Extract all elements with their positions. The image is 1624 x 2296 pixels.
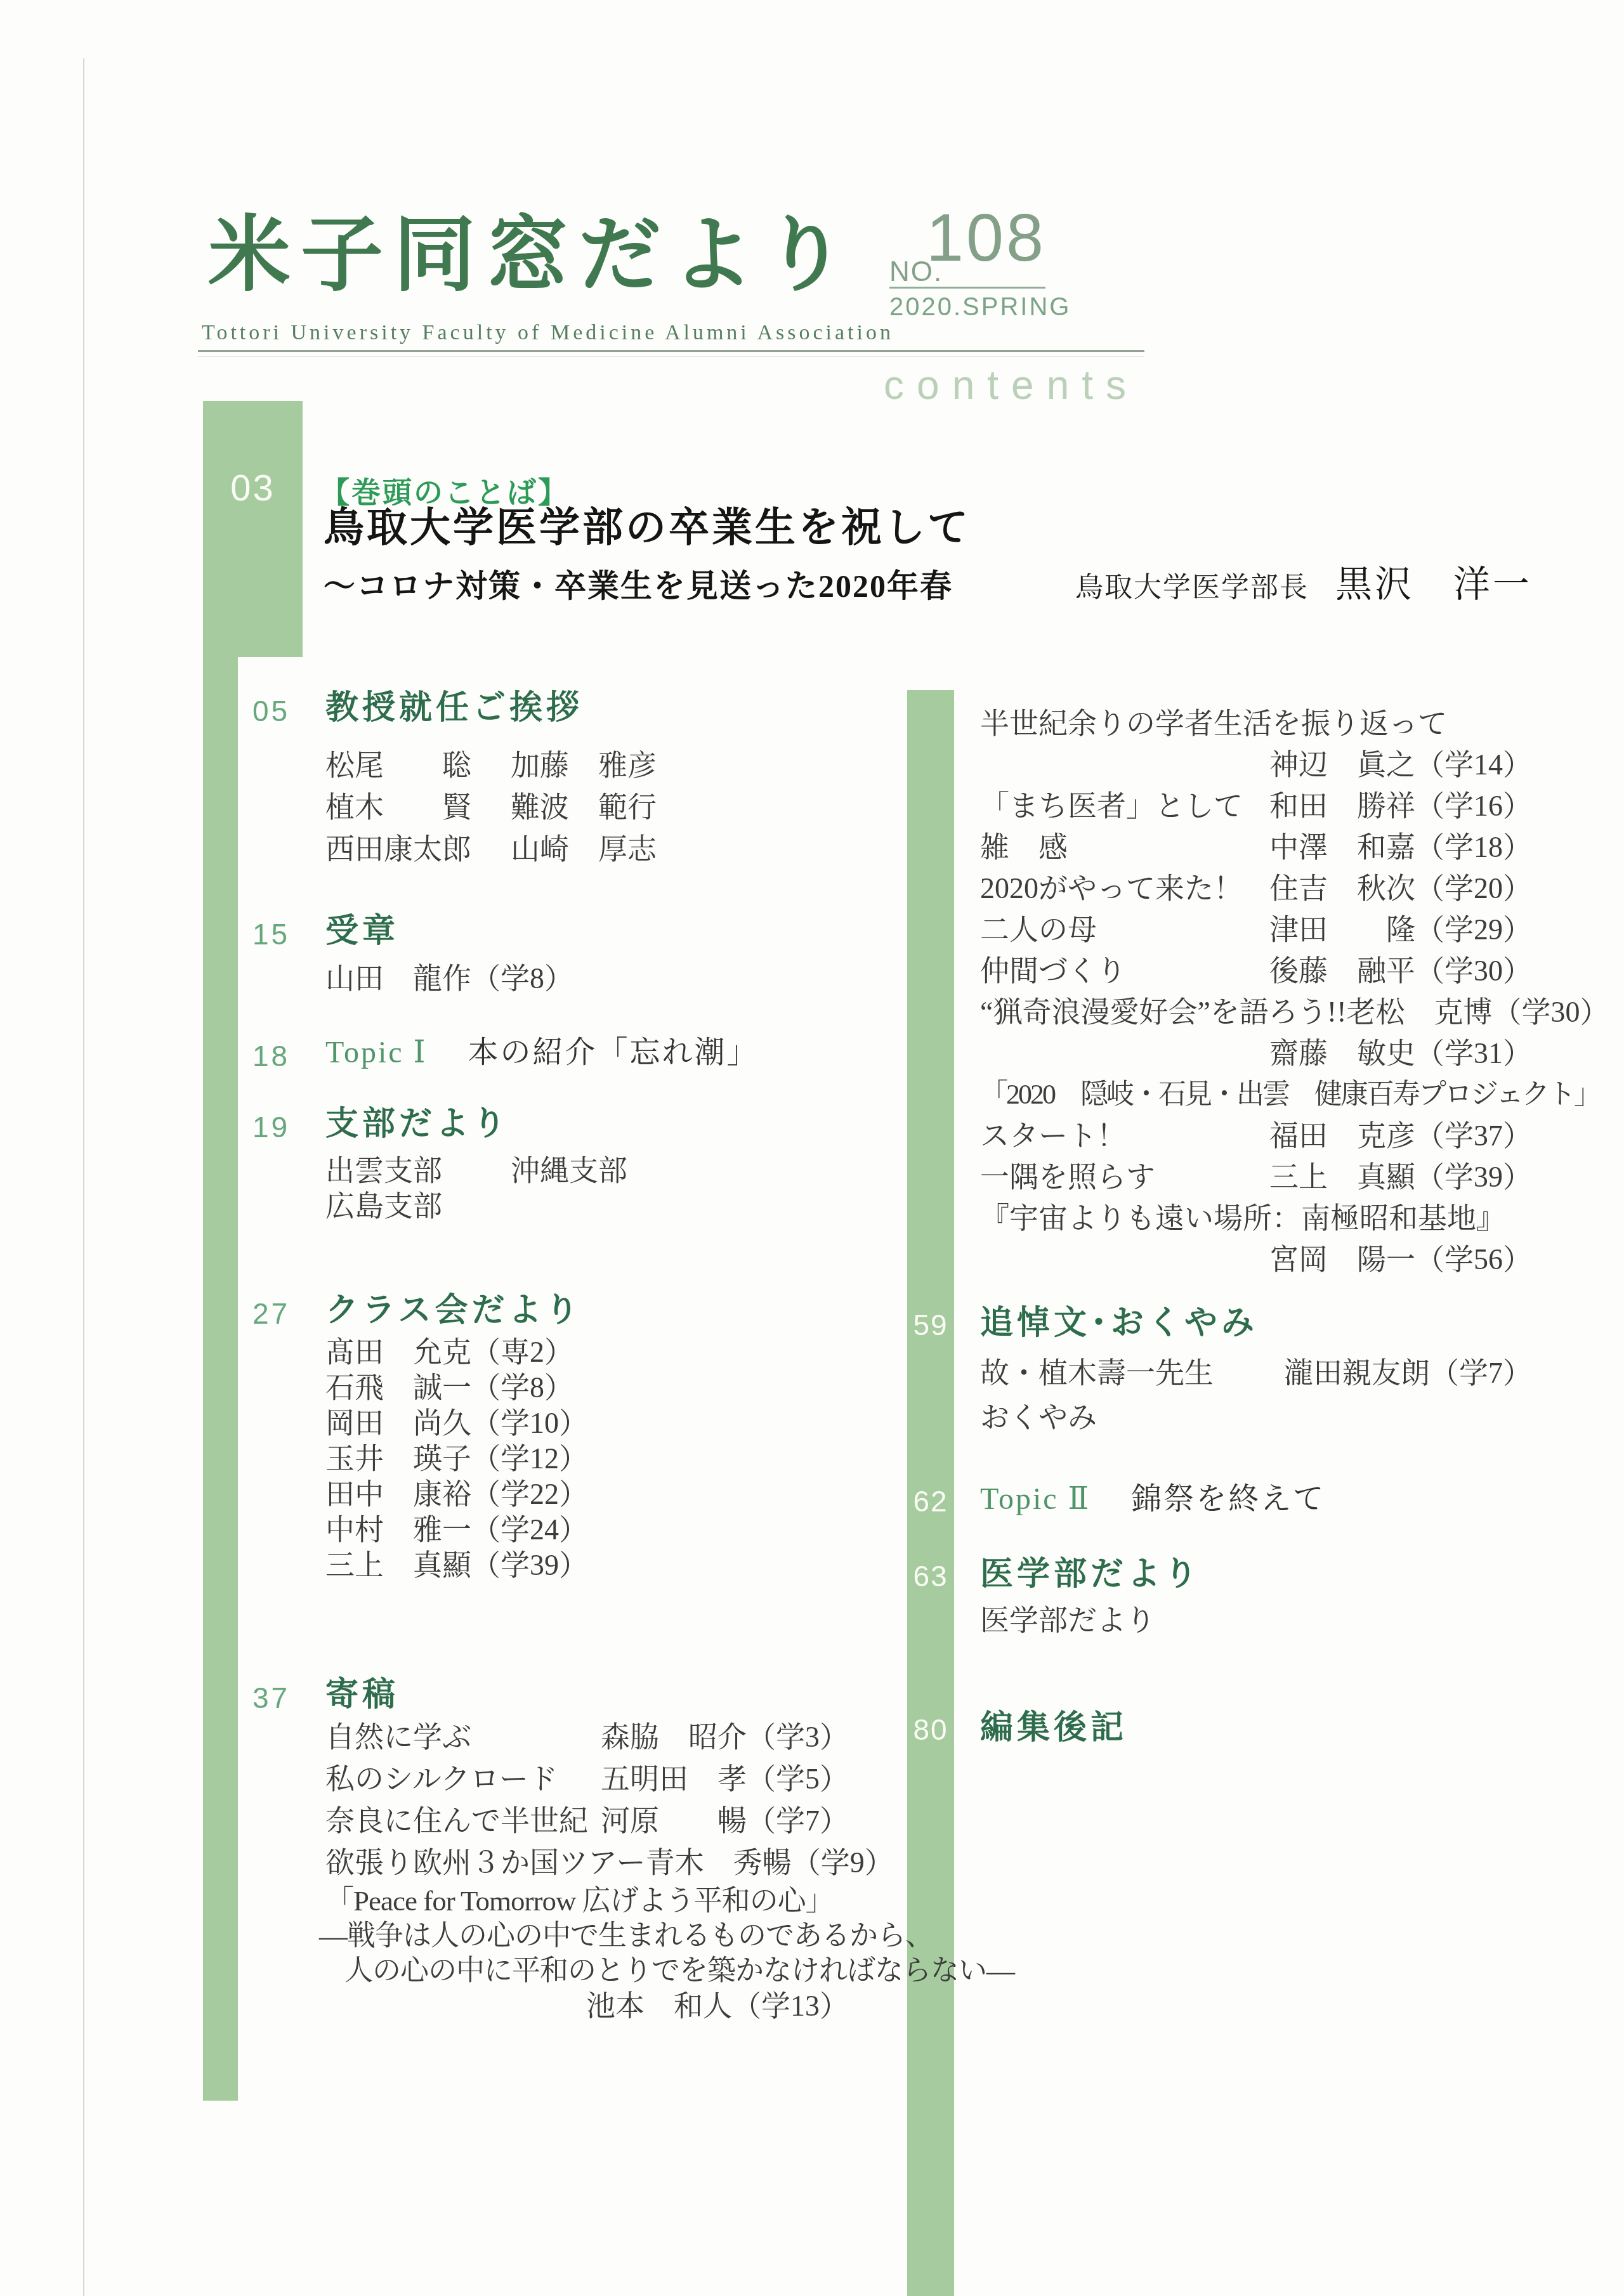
name: 岡田 尚久（学10） <box>325 1406 588 1441</box>
entry-row: 自然に学ぶ 森脇 昭介（学3） <box>325 1716 849 1758</box>
name-list: 松尾 聡 加藤 雅彦 植木 賢 難波 範行 西田康太郎 山崎 厚志 <box>325 745 849 870</box>
topic-label: Topic Ⅰ <box>325 1034 428 1072</box>
entry-author: 齋藤 敏史（学31） <box>1269 1033 1532 1074</box>
entry-author: 宮岡 陽一（学56） <box>1269 1239 1532 1280</box>
issue-no-value: 108 <box>926 204 1046 271</box>
entry-row: 神辺 眞之（学14） <box>980 744 1532 785</box>
section-title: 編集後記 <box>980 1709 1532 1747</box>
entry-title: 一隅を照らす <box>980 1156 1155 1197</box>
name-list: 髙田 允克（専2） 石飛 誠一（学8） 岡田 尚久（学10） 玉井 瑛子（学12… <box>325 1334 849 1583</box>
page-number-27: 27 <box>252 1296 290 1331</box>
entry-title: おくやみ <box>980 1395 1097 1440</box>
section-topic-2: 62 Topic Ⅱ 錦祭を終えて <box>980 1480 1532 1518</box>
name: 三上 真顯（学39） <box>325 1548 588 1583</box>
section-topic-1: 18 Topic Ⅰ 本の紹介「忘れ潮」 <box>325 1034 849 1072</box>
issue-season: 2020.SPRING <box>889 293 1071 322</box>
entry-author: 河原 暢（学7） <box>601 1800 849 1842</box>
name-row: 三上 真顯（学39） <box>325 1548 849 1583</box>
lead-article-subtitle: ～コロナ対策・卒業生を見送った2020年春 <box>324 561 953 606</box>
entry-author: 中澤 和嘉（学18） <box>1269 826 1532 868</box>
entry-title: 医学部だより <box>980 1600 1532 1641</box>
topic-label: Topic Ⅱ <box>980 1480 1090 1518</box>
entry-list: 故・植木壽一先生 瀧田親友朗（学7） おくやみ <box>980 1351 1532 1440</box>
entry-author: 福田 克彦（学37） <box>1269 1115 1532 1156</box>
header-divider <box>198 350 1144 356</box>
section-title: クラス会だより <box>325 1291 849 1329</box>
entry-row: 欲張り欧州３か国ツアー 青木 秀暢（学9） <box>325 1842 849 1884</box>
entry-row: 二人の母 津田 隆（学29） <box>980 909 1532 950</box>
entry-author: 池本 和人（学13） <box>325 1988 849 2023</box>
name: 髙田 允克（専2） <box>325 1334 573 1370</box>
entry-row: 半世紀余りの学者生活を振り返って <box>980 703 1532 744</box>
issue-no-underline <box>889 287 1045 289</box>
quote-line: 「Peace for Tomorrow 広げよう平和の心」 <box>325 1884 849 1919</box>
section-obituaries: 59 追悼文･おくやみ 故・植木壽一先生 瀧田親友朗（学7） おくやみ <box>980 1304 1532 1440</box>
name: 田中 康裕（学22） <box>325 1477 588 1512</box>
entry-title: 雑 感 <box>980 826 1068 868</box>
association-name-en: Tottori University Faculty of Medicine A… <box>202 321 894 345</box>
entry-author: 青木 秀暢（学9） <box>646 1842 894 1884</box>
name-row: 玉井 瑛子（学12） <box>325 1441 849 1477</box>
name-row: 髙田 允克（専2） <box>325 1334 849 1370</box>
entry-title: 故・植木壽一先生 <box>980 1351 1214 1395</box>
name: 中村 雅一（学24） <box>325 1512 588 1548</box>
name: 西田康太郎 <box>325 828 511 870</box>
name: 山田 龍作（学8） <box>325 958 573 1000</box>
section-contributions: 37 寄稿 自然に学ぶ 森脇 昭介（学3） 私のシルクロード 五明田 孝（学5）… <box>325 1676 849 2023</box>
page-number-37: 37 <box>252 1681 290 1715</box>
section-branch-news: 19 支部だより 出雲支部 沖縄支部 広島支部 <box>325 1105 849 1224</box>
entry-title: “猟奇浪漫愛好会”を語ろう!! <box>980 991 1346 1033</box>
entry-title: 半世紀余りの学者生活を振り返って <box>980 703 1447 744</box>
entry-row: 私のシルクロード 五明田 孝（学5） <box>325 1758 849 1800</box>
entry-title: 「まち医者」として <box>980 785 1243 826</box>
name: 難波 範行 <box>511 786 657 828</box>
magazine-title: 米子同窓だより <box>208 213 856 296</box>
entry-title: 自然に学ぶ <box>325 1716 471 1758</box>
contents-label: contents <box>875 362 1139 408</box>
section-title: 追悼文･おくやみ <box>980 1304 1532 1342</box>
name-row: 西田康太郎 山崎 厚志 <box>325 828 849 870</box>
entry-title: スタート！ <box>980 1115 1126 1156</box>
section-title: 支部だより <box>325 1105 849 1143</box>
entry-title: 欲張り欧州３か国ツアー <box>325 1842 646 1884</box>
quote-line: ―戦争は人の心の中で生まれるものであるから、 <box>325 1919 849 1954</box>
lead-subtitle-row: ～コロナ対策・卒業生を見送った2020年春 鳥取大学医学部長 黒沢 洋一 <box>324 554 1532 608</box>
entry-author: 後藤 融平（学30） <box>1269 950 1532 991</box>
entry-author: 森脇 昭介（学3） <box>601 1716 849 1758</box>
entry-row: 2020がやって来た！ 住吉 秋次（学20） <box>980 868 1532 909</box>
entry-row: 奈良に住んで半世紀 河原 暢（学7） <box>325 1800 849 1842</box>
section-title: 受章 <box>325 912 849 950</box>
page-fold-line <box>83 58 84 2296</box>
name: 石飛 誠一（学8） <box>325 1370 573 1406</box>
topic-row: Topic Ⅱ 錦祭を終えて <box>980 1480 1532 1518</box>
entry-row: 宮岡 陽一（学56） <box>980 1239 1532 1280</box>
entry-row: “猟奇浪漫愛好会”を語ろう!! 老松 克博（学30） <box>980 991 1532 1033</box>
entry-title: 『宇宙よりも遠い場所：南極昭和基地』 <box>980 1197 1505 1239</box>
lead-author-role: 鳥取大学医学部長 <box>1075 564 1309 605</box>
entry-author: 老松 克博（学30） <box>1346 991 1609 1033</box>
branch-row: 出雲支部 沖縄支部 <box>325 1153 849 1189</box>
entry-title: 2020がやって来た！ <box>980 868 1243 909</box>
entry-title: 仲間づくり <box>980 950 1126 991</box>
name-row: 石飛 誠一（学8） <box>325 1370 849 1406</box>
entry-row: 齋藤 敏史（学31） <box>980 1033 1532 1074</box>
page03-green-block: 03 <box>203 401 303 657</box>
name: 加藤 雅彦 <box>511 745 657 786</box>
entry-title: 私のシルクロード <box>325 1758 558 1800</box>
topic-title: 本の紹介「忘れ潮」 <box>468 1034 759 1072</box>
entry-title: 奈良に住んで半世紀 <box>325 1800 588 1842</box>
page-number-59: 59 <box>907 1308 954 1342</box>
entry-author: 和田 勝祥（学16） <box>1269 785 1532 826</box>
entry-row: 「まち医者」として 和田 勝祥（学16） <box>980 785 1532 826</box>
branch-list: 出雲支部 沖縄支部 広島支部 <box>325 1153 849 1224</box>
branch: 出雲支部 <box>325 1153 511 1189</box>
entry-row: 「2020 隠岐・石見・出雲 健康百寿プロジェクト」 <box>980 1074 1532 1115</box>
section-honors: 15 受章 山田 龍作（学8） <box>325 912 849 1000</box>
peace-quote-block: 「Peace for Tomorrow 広げよう平和の心」 ―戦争は人の心の中で… <box>325 1884 849 2023</box>
page-number-05: 05 <box>252 694 290 728</box>
entry-row: 『宇宙よりも遠い場所：南極昭和基地』 <box>980 1197 1532 1239</box>
entry-author: 五明田 孝（学5） <box>601 1758 849 1800</box>
page-number-18: 18 <box>252 1039 290 1073</box>
branch: 広島支部 <box>325 1189 511 1224</box>
branch: 沖縄支部 <box>511 1153 627 1189</box>
name: 植木 賢 <box>325 786 511 828</box>
entry-author: 住吉 秋次（学20） <box>1269 868 1532 909</box>
section-class-reunion-news: 27 クラス会だより 髙田 允克（専2） 石飛 誠一（学8） 岡田 尚久（学10… <box>325 1291 849 1583</box>
entry-row: 一隅を照らす 三上 真顯（学39） <box>980 1156 1532 1197</box>
section-title: 教授就任ご挨拶 <box>325 689 849 727</box>
section-title: 医学部だより <box>980 1555 1532 1593</box>
page-number-62: 62 <box>907 1484 954 1518</box>
lead-author-name: 黒沢 洋一 <box>1335 554 1532 608</box>
page-number-63: 63 <box>907 1559 954 1593</box>
magazine-toc-page: 米子同窓だより NO. 108 2020.SPRING Tottori Univ… <box>0 0 1624 2296</box>
name-row: 松尾 聡 加藤 雅彦 <box>325 745 849 786</box>
branch-row: 広島支部 <box>325 1189 849 1224</box>
entry-row: 雑 感 中澤 和嘉（学18） <box>980 826 1532 868</box>
entry-row: おくやみ <box>980 1395 1532 1440</box>
name-row: 中村 雅一（学24） <box>325 1512 849 1548</box>
page-number-19: 19 <box>252 1110 290 1144</box>
entry-list: 自然に学ぶ 森脇 昭介（学3） 私のシルクロード 五明田 孝（学5） 奈良に住ん… <box>325 1716 849 2023</box>
name-row: 岡田 尚久（学10） <box>325 1406 849 1441</box>
topic-title: 錦祭を終えて <box>1131 1480 1325 1518</box>
page-number-03: 03 <box>203 401 303 509</box>
entry-row: 故・植木壽一先生 瀧田親友朗（学7） <box>980 1351 1532 1395</box>
name: 松尾 聡 <box>325 745 511 786</box>
section-professor-greetings: 05 教授就任ご挨拶 松尾 聡 加藤 雅彦 植木 賢 難波 範行 西田康太郎 山… <box>325 689 849 870</box>
name: 山崎 厚志 <box>511 828 657 870</box>
page-number-80: 80 <box>907 1712 954 1747</box>
quote-line: 人の心の中に平和のとりでを築かなければならない― <box>325 1954 849 1988</box>
left-column-green-bar <box>203 657 238 2101</box>
section-medical-school-news: 63 医学部だより 医学部だより <box>980 1555 1532 1641</box>
page-number-15: 15 <box>252 917 290 951</box>
name: 玉井 瑛子（学12） <box>325 1441 588 1477</box>
name-row: 植木 賢 難波 範行 <box>325 786 849 828</box>
contributions-continued-list: 半世紀余りの学者生活を振り返って 神辺 眞之（学14） 「まち医者」として 和田… <box>980 703 1532 1280</box>
entry-author: 瀧田親友朗（学7） <box>1284 1351 1532 1395</box>
entry-row: スタート！ 福田 克彦（学37） <box>980 1115 1532 1156</box>
section-editors-note: 80 編集後記 <box>980 1709 1532 1747</box>
section-title: 寄稿 <box>325 1676 849 1714</box>
topic-row: Topic Ⅰ 本の紹介「忘れ潮」 <box>325 1034 849 1072</box>
entry-title: 「2020 隠岐・石見・出雲 健康百寿プロジェクト」 <box>980 1074 1600 1115</box>
name-row: 田中 康裕（学22） <box>325 1477 849 1512</box>
entry-row: 山田 龍作（学8） <box>325 958 849 1000</box>
entry-title: 二人の母 <box>980 909 1097 950</box>
entry-author: 津田 隆（学29） <box>1269 909 1532 950</box>
entry-author: 神辺 眞之（学14） <box>1269 744 1532 785</box>
entry-row: 仲間づくり 後藤 融平（学30） <box>980 950 1532 991</box>
entry-author: 三上 真顯（学39） <box>1269 1156 1532 1197</box>
lead-article-title: 鳥取大学医学部の卒業生を祝して <box>324 507 971 548</box>
